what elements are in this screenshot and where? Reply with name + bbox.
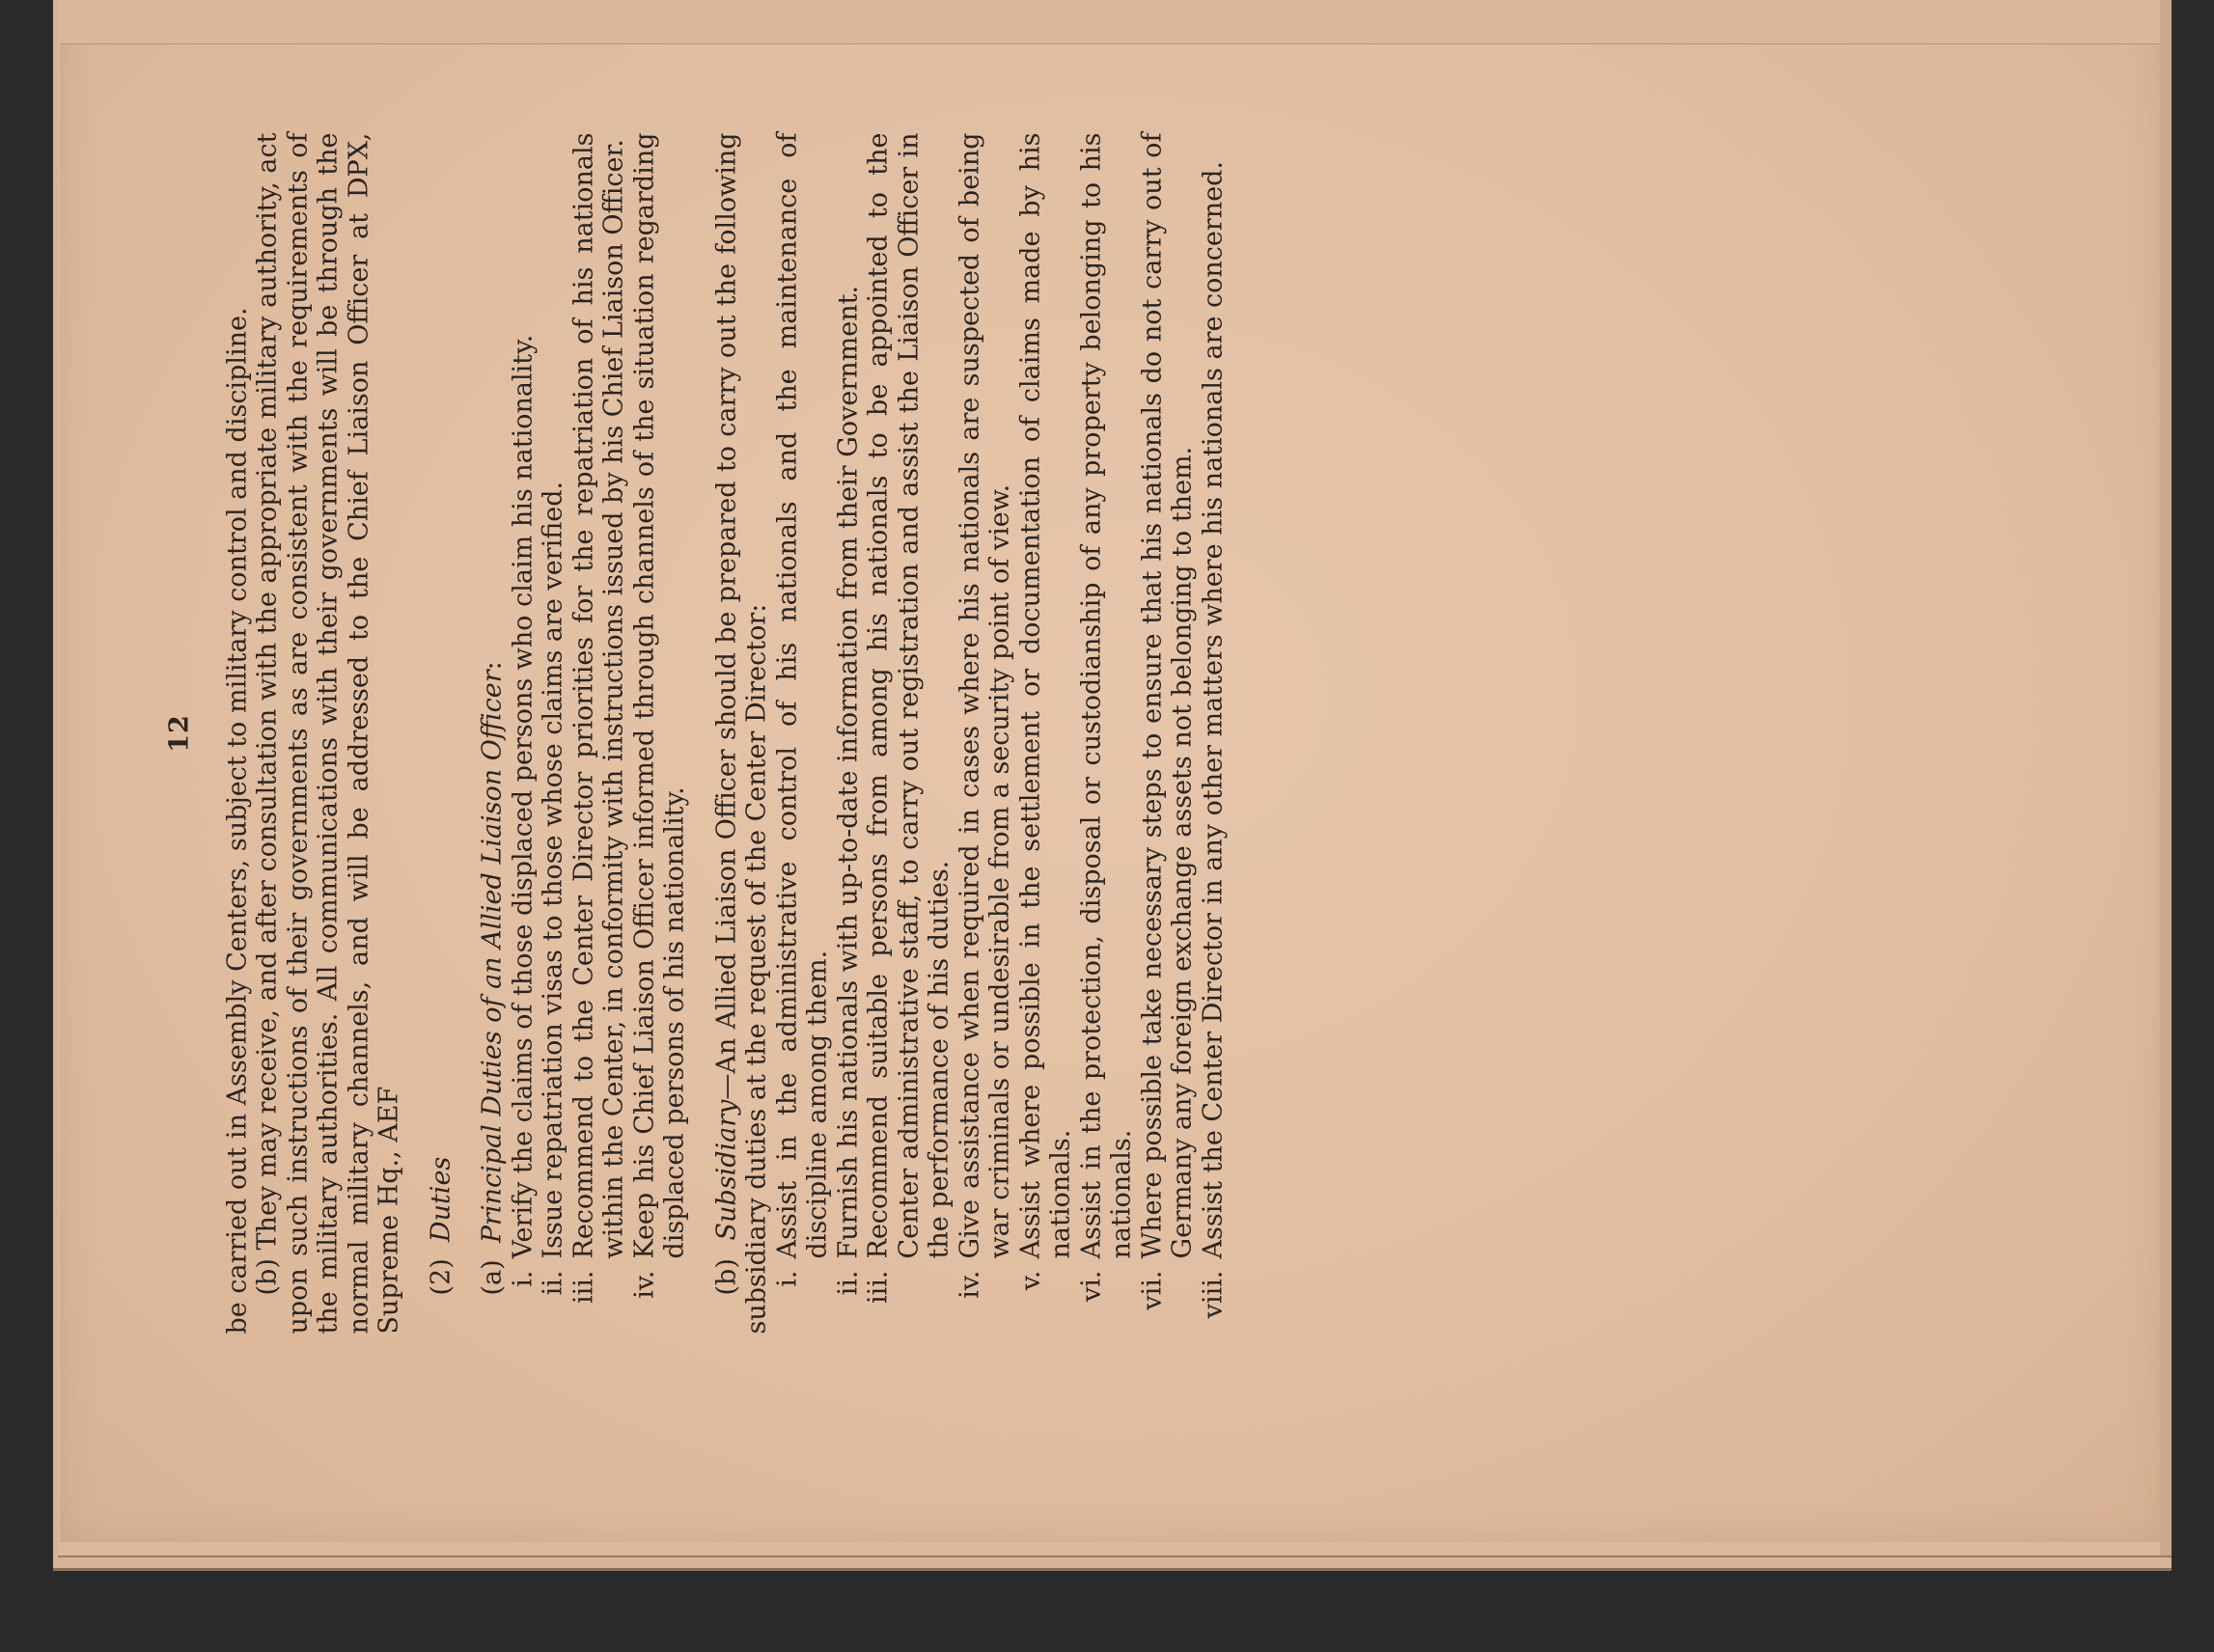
paragraph-b-label: (b) [253,1258,283,1295]
principal-duties-list: i. Verify the claims of those displaced … [508,133,690,1335]
section-heading-duties: (2) Duties [426,133,457,1335]
list-item: viii. Assist the Center Director in any … [1198,133,1229,1335]
list-item: v. Assist where possible in the settleme… [1015,133,1076,1335]
list-item: iv. Give assistance when required in cas… [955,133,1015,1335]
principal-label: (a) [478,1259,508,1295]
list-item: iii. Recommend suitable persons from amo… [864,133,955,1335]
list-item: ii. Furnish his nationals with up-to-dat… [833,133,864,1335]
section-title: Duties [426,1157,456,1242]
list-item: iii. Recommend to the Center Director pr… [568,133,629,1335]
continuation-paragraph: be carried out in Assembly Centers, subj… [222,133,253,1335]
section-number: (2) [426,1258,456,1295]
page-text-rotated: 12 be carried out in Assembly Centers, s… [165,133,1092,1335]
paragraph-b-text: They may receive, and after consultation… [253,133,404,1335]
principal-duties-heading: (a) Principal Duties of an Allied Liaiso… [478,133,509,1335]
binding-edge [2160,0,2172,1556]
list-item: i. Verify the claims of those displaced … [508,133,539,1335]
subsidiary-duties-list: i. Assist in the administrative control … [772,133,1229,1335]
page-number: 12 [165,133,196,1335]
list-item: ii. Issue repatriation visas to those wh… [539,133,569,1335]
principal-title: Principal Duties of an Allied Liaison Of… [478,670,508,1243]
paragraph-b: (b) They may receive, and after consulta… [253,133,405,1335]
subsidiary-title: Subsidiary [711,1100,741,1241]
list-item: vii. Where possible take necessary steps… [1137,133,1198,1335]
list-item: iv. Keep his Chief Liaison Officer infor… [629,133,690,1335]
subsidiary-duties-intro: (b) Subsidiary—An Allied Liaison Officer… [711,133,772,1335]
page-fold-top [60,0,2164,44]
list-item: vi. Assist in the protection, disposal o… [1076,133,1137,1335]
list-item: i. Assist in the administrative control … [772,133,833,1335]
subsidiary-label: (b) [711,1258,741,1295]
